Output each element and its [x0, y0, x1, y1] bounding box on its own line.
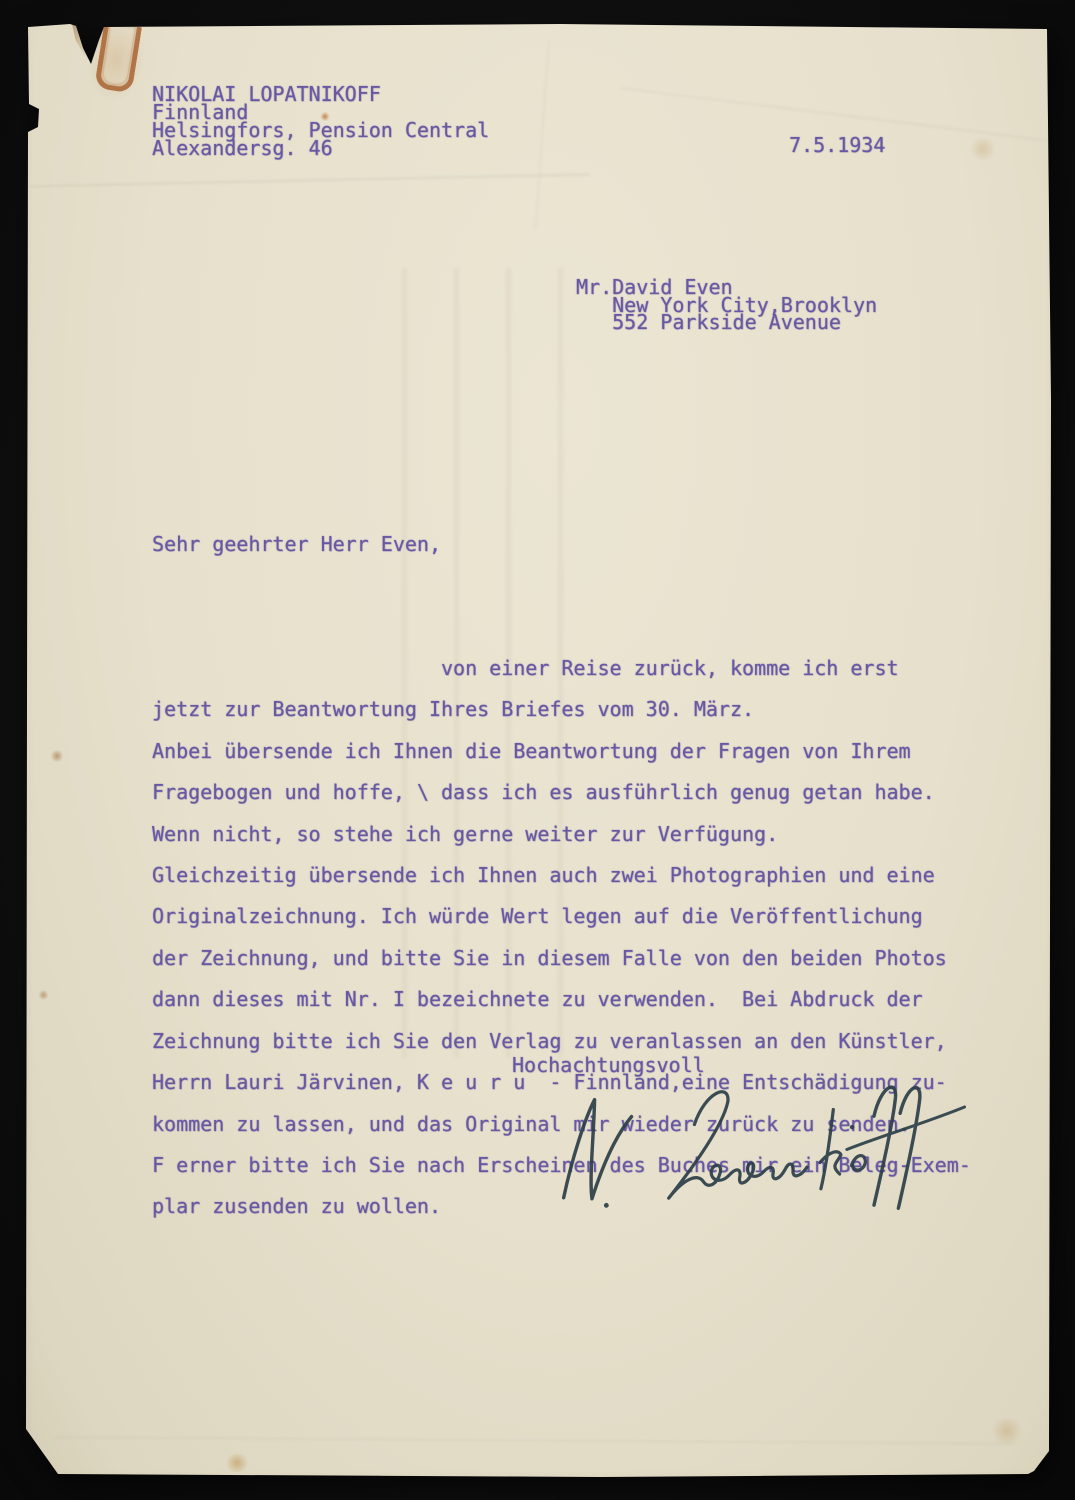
paper-crease: [30, 172, 590, 187]
paper-crease: [533, 40, 549, 230]
stain-spot: [224, 1454, 250, 1472]
sender-address-block: NIKOLAI LOPATNIKOFFFinnlandHelsingfors, …: [152, 85, 489, 157]
letter-paper: NIKOLAI LOPATNIKOFFFinnlandHelsingfors, …: [0, 0, 1075, 1500]
text-line: Originalzeichnung. Ich würde Wert legen …: [152, 896, 971, 937]
text-line: Wenn nicht, so stehe ich gerne weiter zu…: [152, 814, 971, 855]
stain-spot: [990, 1418, 1024, 1444]
date: 7.5.1934: [789, 133, 885, 157]
paperclip-rust-mark: [94, 21, 142, 93]
recipient-address-block: Mr.David Even New York City,Brooklyn 552…: [576, 279, 877, 332]
text-line: 552 Parkside Avenue: [576, 314, 877, 332]
signature-ink-strokes: [546, 1069, 975, 1234]
stain-spot: [50, 750, 64, 762]
stain-spot: [968, 138, 998, 160]
paper-shadow-wrap: NIKOLAI LOPATNIKOFFFinnlandHelsingfors, …: [0, 0, 1075, 1500]
text-line: von einer Reise zurück, komme ich erst: [152, 648, 971, 689]
photo-backdrop: NIKOLAI LOPATNIKOFFFinnlandHelsingfors, …: [0, 0, 1075, 1500]
closing-phrase: Hochachtungsvoll: [512, 1053, 705, 1077]
text-line: der Zeichnung, und bitte Sie in diesem F…: [152, 938, 971, 979]
text-line: Gleichzeitig übersende ich Ihnen auch zw…: [152, 855, 971, 896]
paper-crease: [55, 1435, 1015, 1445]
text-line: dann dieses mit Nr. I bezeichnete zu ver…: [152, 979, 971, 1020]
text-line: jetzt zur Beantwortung Ihres Briefes vom…: [152, 689, 971, 730]
salutation: Sehr geehrter Herr Even,: [152, 524, 971, 565]
text-line: Fragebogen und hoffe, \ dass ich es ausf…: [152, 772, 971, 813]
stain-spot: [38, 990, 49, 1000]
text-line: Anbei übersende ich Ihnen die Beantwortu…: [152, 731, 971, 772]
handwritten-signature: [546, 1069, 975, 1234]
